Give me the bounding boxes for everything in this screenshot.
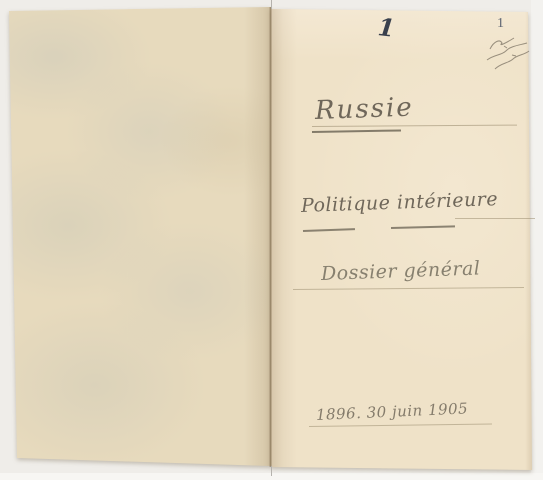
spine-thread-top: [271, 0, 272, 9]
title-handwritten: Russie: [315, 94, 415, 126]
folio-number-handwritten: 1: [377, 14, 396, 42]
rule-line-subtitle: [455, 218, 535, 219]
pencil-scribble: [482, 33, 534, 75]
spine-thread-bottom: [271, 466, 272, 476]
left-page-wrap: [0, 0, 271, 470]
spine-fold: [269, 7, 272, 467]
left-page-blank: [0, 0, 271, 470]
page-number-printed: 1: [497, 16, 504, 31]
scanned-document: 1 1 Russie Politique intérieure Dossier …: [0, 0, 543, 480]
